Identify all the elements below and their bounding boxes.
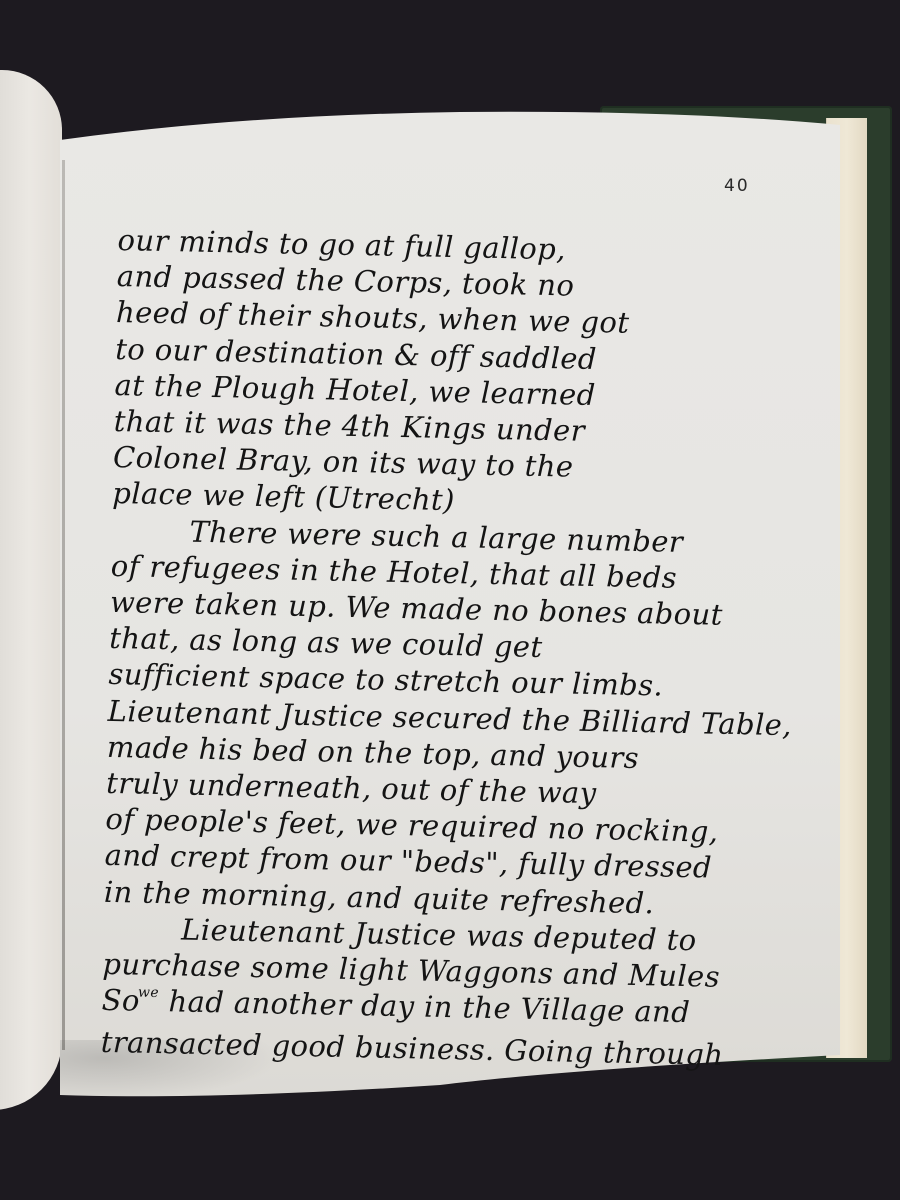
left-facing-page [0, 70, 62, 1110]
page-number: 40 [724, 176, 750, 196]
binding-gutter [62, 160, 65, 1050]
photo-scene: 40 our minds to go at full gallop, and p… [0, 0, 900, 1200]
handwritten-text: our minds to go at full gallop, and pass… [100, 222, 807, 1075]
caret-insertion: we [138, 985, 159, 1001]
line-prefix: So [101, 983, 140, 1018]
